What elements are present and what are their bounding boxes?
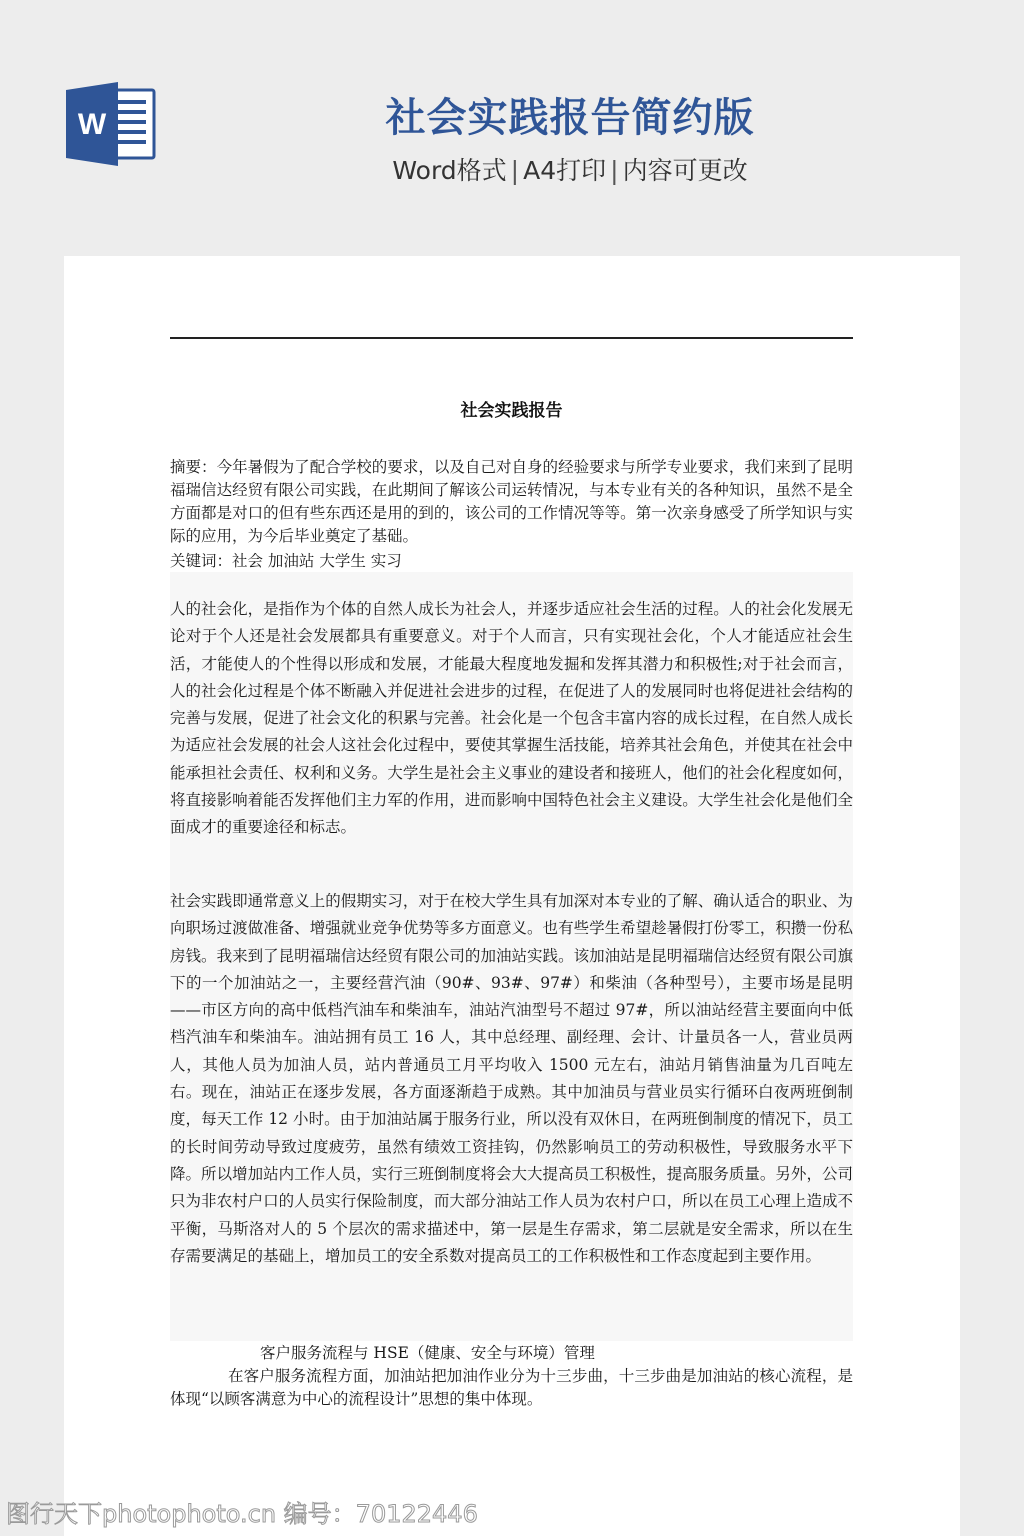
header-banner: W 社会实践报告简约版 Word格式|A4打印|内容可更改 [0,0,1024,240]
subtitle-separator: | [507,156,523,185]
watermark-text: 图行天下photophoto.cn 编号：70122446 [6,1494,478,1529]
abstract-paragraph: 摘要：今年暑假为了配合学校的要求，以及自己对自身的经验要求与所学专业要求，我们来… [170,456,853,548]
body-paragraph-1: 人的社会化，是指作为个体的自然人成长为社会人，并逐步适应社会生活的过程。人的社会… [170,596,853,842]
section-paragraph: 在客户服务流程方面，加油站把加油作业分为十三步曲，十三步曲是加油站的核心流程，是… [170,1365,853,1411]
subtitle-separator: | [606,156,622,185]
svg-text:W: W [78,108,107,141]
document-page: 社会实践报告 摘要：今年暑假为了配合学校的要求，以及自己对自身的经验要求与所学专… [64,256,960,1536]
page-title: 社会实践报告简约版 [300,92,840,144]
body-paragraph-2: 社会实践即通常意义上的假期实习，对于在校大学生具有加深对本专业的了解、确认适合的… [170,888,853,1270]
header-rule-divider [170,337,853,339]
subtitle-format: Word格式 [392,156,506,185]
subtitle-print: A4打印 [523,156,606,185]
section-heading: 客户服务流程与 HSE（健康、安全与环境）管理 [260,1342,860,1365]
subtitle-editable: 内容可更改 [623,156,748,185]
document-title: 社会实践报告 [170,396,853,421]
word-document-icon: W [64,80,156,166]
keywords-line: 关键词：社会 加油站 大学生 实习 [170,550,853,573]
page-subtitle: Word格式|A4打印|内容可更改 [300,154,840,188]
